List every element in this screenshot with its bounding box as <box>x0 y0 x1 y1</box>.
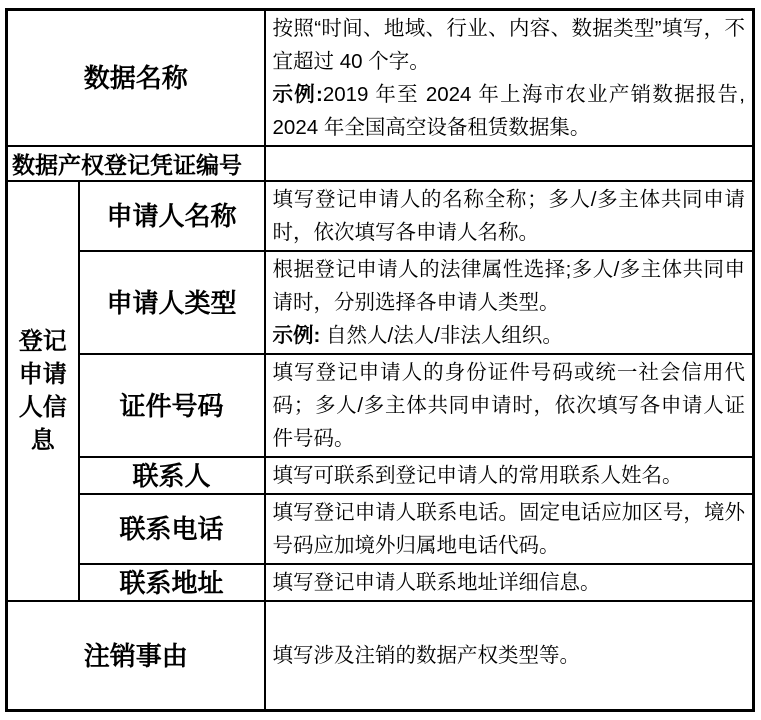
row-applicant-type: 申请人类型 根据登记申请人的法律属性选择;多人/多主体共同申请时，分别选择各申请… <box>7 251 754 354</box>
row-contact-phone: 联系电话 填写登记申请人联系电话。固定电话应加区号，境外号码应加境外归属地电话代… <box>7 494 754 564</box>
data-name-label: 数据名称 <box>7 10 265 147</box>
cancel-reason-desc-cell: 填写涉及注销的数据产权类型等。 <box>265 601 754 711</box>
document-page: 数据名称 按照“时间、地域、行业、内容、数据类型”填写，不宜超过 40 个字。 … <box>0 0 761 720</box>
cert-no-value-cell <box>265 146 754 181</box>
row-cert-no: 数据产权登记凭证编号 <box>7 146 754 181</box>
id-number-desc-cell: 填写登记申请人的身份证件号码或统一社会信用代码；多人/多主体共同申请时，依次填写… <box>265 354 754 457</box>
id-number-label: 证件号码 <box>79 354 265 457</box>
contact-person-desc: 填写可联系到登记申请人的常用联系人姓名。 <box>273 459 745 492</box>
example-label: 示例: <box>273 83 323 106</box>
applicant-type-example: 示例: 自然人/法人/非法人组织。 <box>273 319 745 352</box>
contact-address-desc: 填写登记申请人联系地址详细信息。 <box>273 566 745 599</box>
contact-phone-desc: 填写登记申请人联系电话。固定电话应加区号，境外号码应加境外归属地电话代码。 <box>273 496 745 562</box>
contact-address-label: 联系地址 <box>79 564 265 601</box>
example-text: 2019 年至 2024 年上海市农业产销数据报告, 2024 年全国高空设备租… <box>273 83 746 139</box>
applicant-type-desc: 根据登记申请人的法律属性选择;多人/多主体共同申请时，分别选择各申请人类型。 <box>273 253 745 319</box>
id-number-desc: 填写登记申请人的身份证件号码或统一社会信用代码；多人/多主体共同申请时，依次填写… <box>273 356 745 455</box>
cancel-reason-desc: 填写涉及注销的数据产权类型等。 <box>273 639 745 672</box>
applicant-name-desc-cell: 填写登记申请人的名称全称；多人/多主体共同申请时，依次填写各申请人名称。 <box>265 181 754 251</box>
applicant-group-cell: 登记申请人信息 <box>7 181 79 601</box>
data-name-desc-cell: 按照“时间、地域、行业、内容、数据类型”填写，不宜超过 40 个字。 示例:20… <box>265 10 754 147</box>
row-applicant-name: 登记申请人信息 申请人名称 填写登记申请人的名称全称；多人/多主体共同申请时，依… <box>7 181 754 251</box>
contact-person-label: 联系人 <box>79 457 265 494</box>
row-contact-address: 联系地址 填写登记申请人联系地址详细信息。 <box>7 564 754 601</box>
contact-person-desc-cell: 填写可联系到登记申请人的常用联系人姓名。 <box>265 457 754 494</box>
data-name-example: 示例:2019 年至 2024 年上海市农业产销数据报告, 2024 年全国高空… <box>273 78 745 144</box>
contact-phone-desc-cell: 填写登记申请人联系电话。固定电话应加区号，境外号码应加境外归属地电话代码。 <box>265 494 754 564</box>
example-label: 示例: <box>273 324 321 347</box>
example-text: 自然人/法人/非法人组织。 <box>320 324 563 347</box>
contact-phone-label: 联系电话 <box>79 494 265 564</box>
applicant-name-desc: 填写登记申请人的名称全称；多人/多主体共同申请时，依次填写各申请人名称。 <box>273 183 745 249</box>
row-id-number: 证件号码 填写登记申请人的身份证件号码或统一社会信用代码；多人/多主体共同申请时… <box>7 354 754 457</box>
applicant-type-label: 申请人类型 <box>79 251 265 354</box>
applicant-name-label: 申请人名称 <box>79 181 265 251</box>
registration-form-instructions-table: 数据名称 按照“时间、地域、行业、内容、数据类型”填写，不宜超过 40 个字。 … <box>5 8 755 712</box>
row-cancel-reason: 注销事由 填写涉及注销的数据产权类型等。 <box>7 601 754 711</box>
cancel-reason-label: 注销事由 <box>7 601 265 711</box>
applicant-type-desc-cell: 根据登记申请人的法律属性选择;多人/多主体共同申请时，分别选择各申请人类型。 示… <box>265 251 754 354</box>
cert-no-label: 数据产权登记凭证编号 <box>7 146 265 181</box>
data-name-desc: 按照“时间、地域、行业、内容、数据类型”填写，不宜超过 40 个字。 <box>273 12 745 78</box>
applicant-group-label: 登记申请人信息 <box>18 325 68 457</box>
contact-address-desc-cell: 填写登记申请人联系地址详细信息。 <box>265 564 754 601</box>
row-data-name: 数据名称 按照“时间、地域、行业、内容、数据类型”填写，不宜超过 40 个字。 … <box>7 10 754 147</box>
row-contact-person: 联系人 填写可联系到登记申请人的常用联系人姓名。 <box>7 457 754 494</box>
